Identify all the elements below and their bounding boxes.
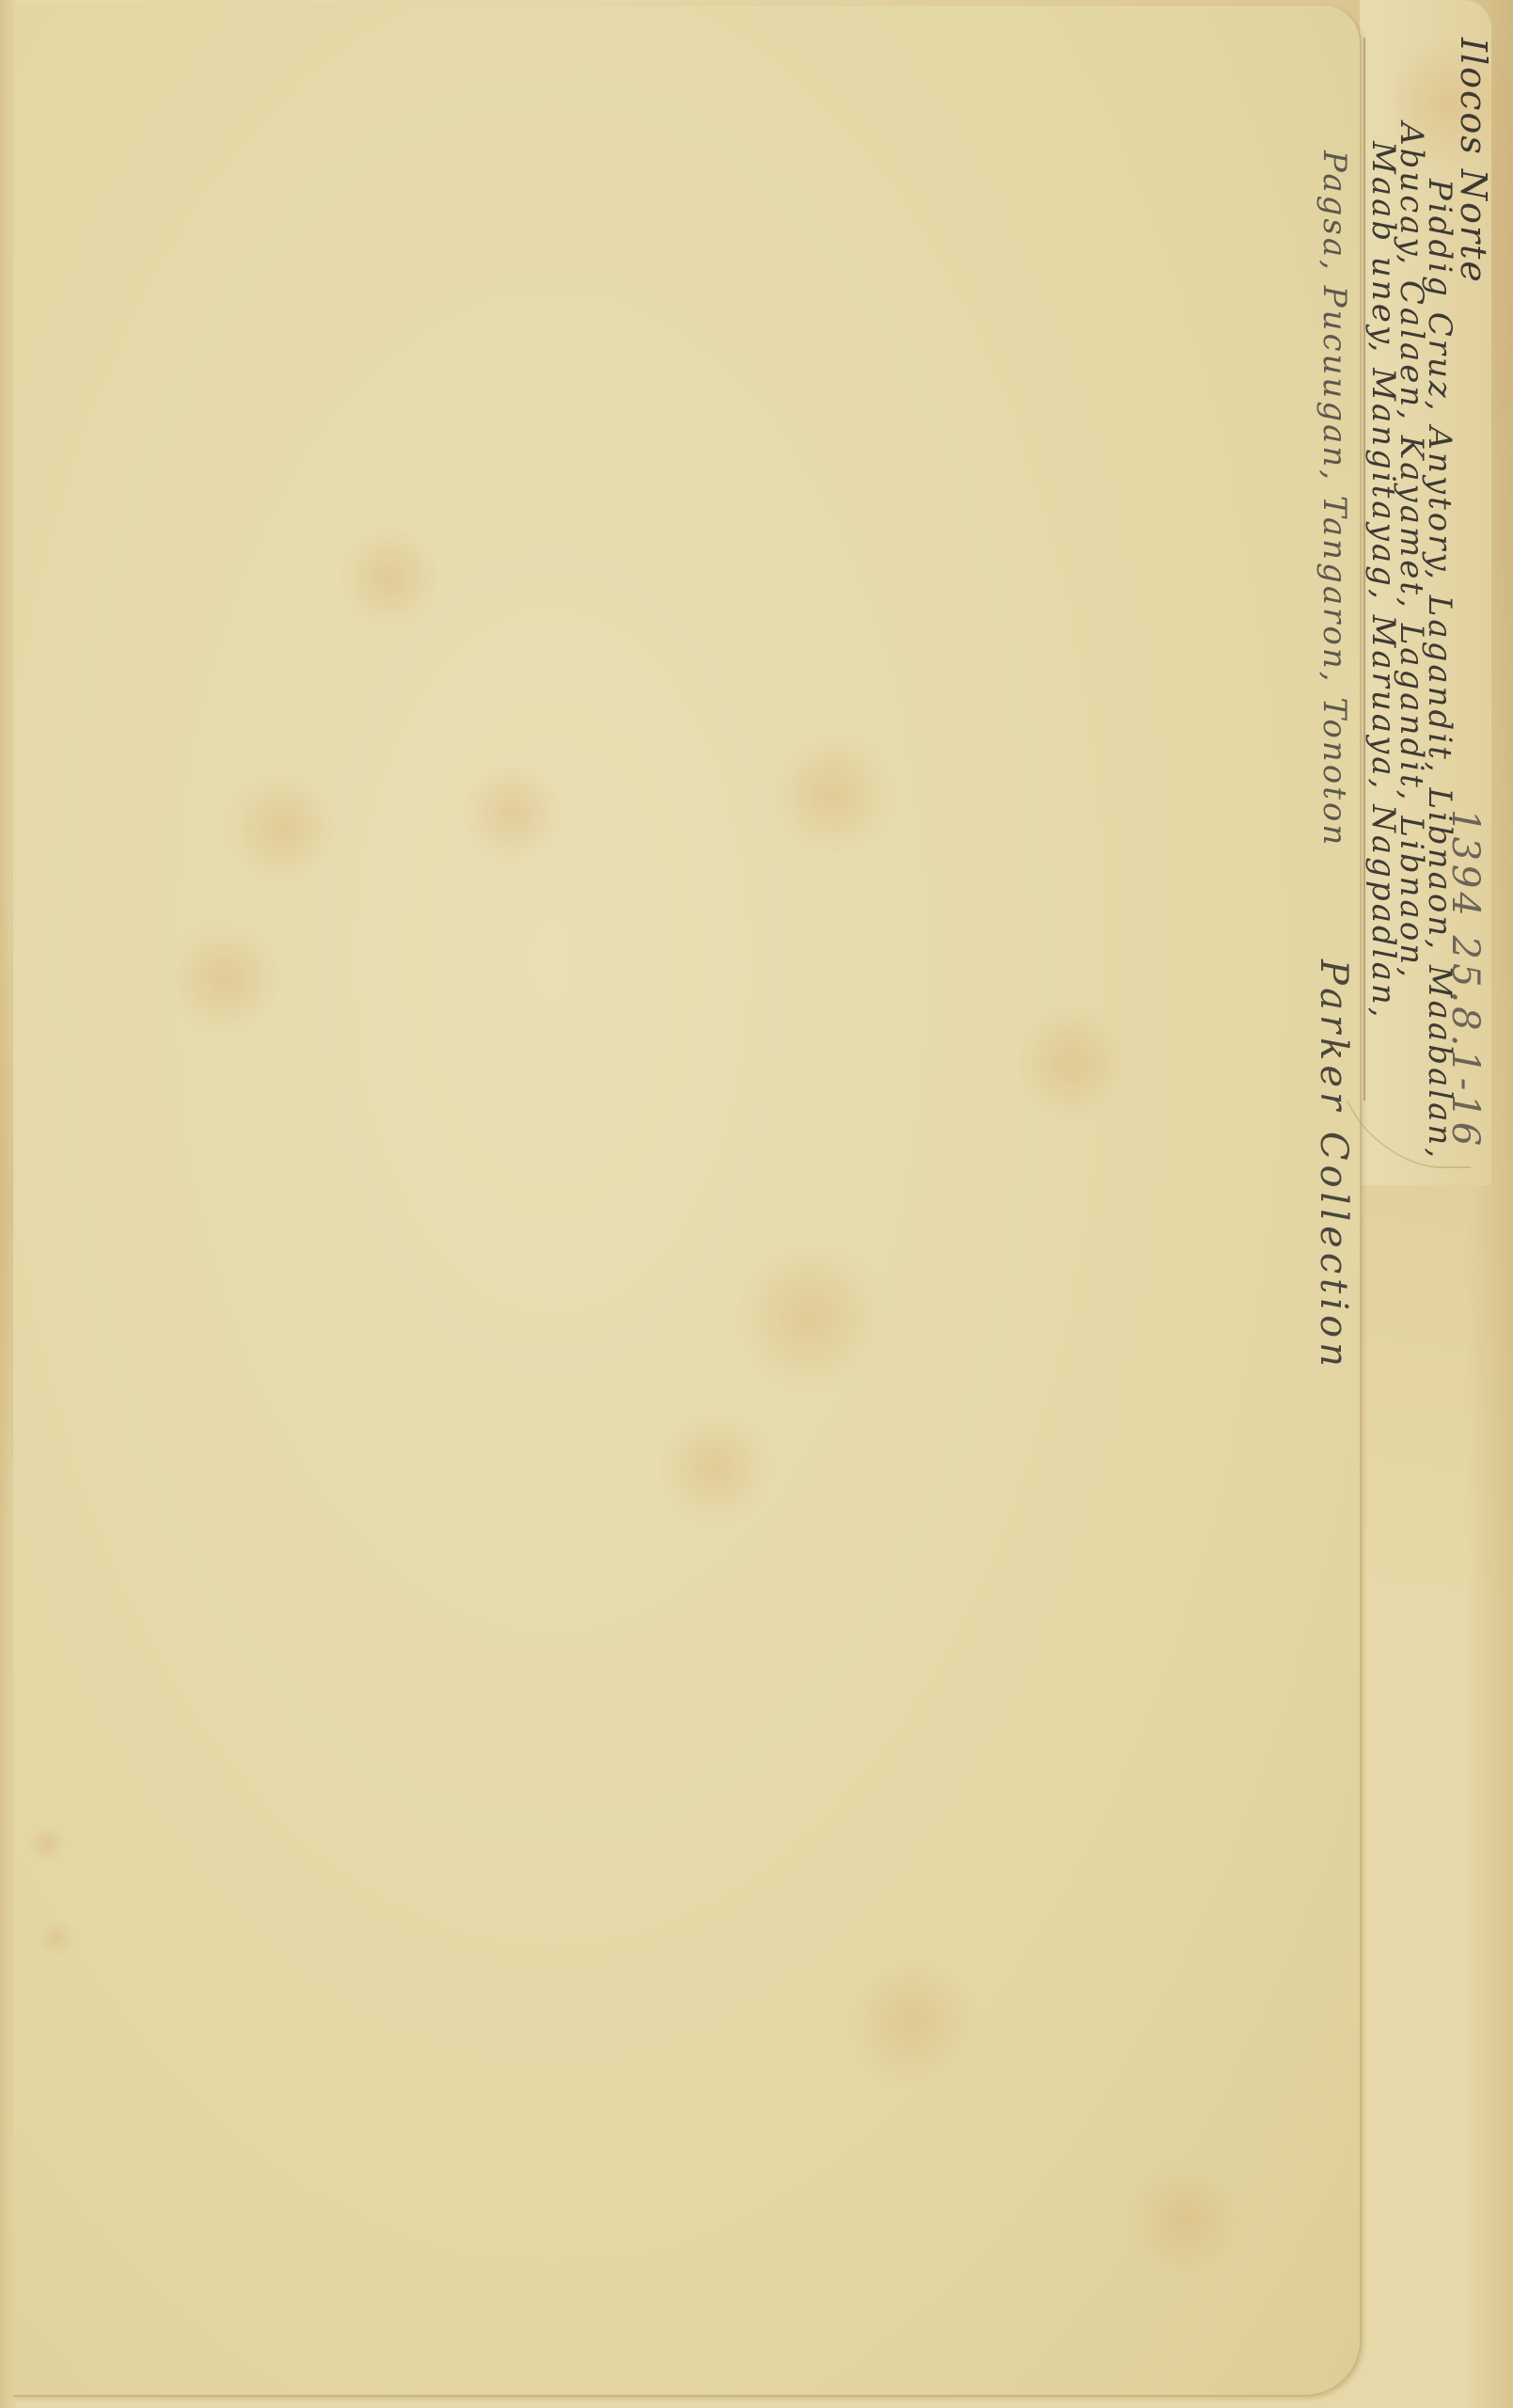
location-label: Ilocos Norte: [1453, 38, 1494, 284]
place-list-line-3: Maab uney, Mangitayag, Maruaya, Nagpadla…: [1364, 141, 1402, 1021]
collection-name: Parker Collection: [1312, 959, 1355, 1371]
tab-label-rotated: Ilocos Norte 1394 25.8.1-16 Piddig Cruz,…: [0, 0, 1513, 2408]
place-list-line-4: Pagsa, Pucuugan, Tangaron, Tonoton: [1316, 150, 1353, 848]
